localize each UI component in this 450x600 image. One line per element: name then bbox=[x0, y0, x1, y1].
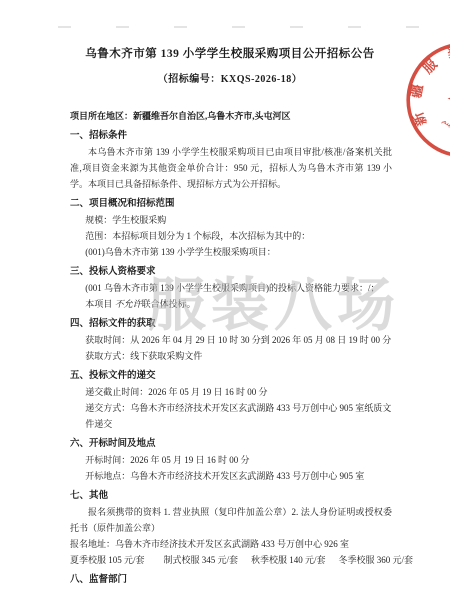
company-seal-stamp: 新疆服装有限公司 شىنجاڭ كىيىم bbox=[390, 26, 450, 173]
section-heading: 四、招标文件的获取 bbox=[70, 316, 392, 332]
section-heading: 七、其他 bbox=[70, 488, 392, 504]
document-body: 项目所在地区：新疆维吾尔自治区,乌鲁木齐市,头屯河区 一、招标条件 本乌鲁木齐市… bbox=[70, 108, 392, 588]
section-document-acquisition: 四、招标文件的获取 获取时间：从 2026 年 04 月 29 日 10 时 3… bbox=[70, 316, 392, 364]
tender-number: （招标编号：KXQS-2026-18） bbox=[70, 70, 390, 85]
section-bid-submission: 五、投标文件的递交 递交截止时间：2026 年 05 月 19 日 16 时 0… bbox=[70, 368, 392, 432]
uniform-price-list: 夏季校服 105 元/套 制式校服 345 元/套 秋季校服 140 元/套 冬… bbox=[70, 552, 392, 568]
line-text: 联合体投标。 bbox=[142, 299, 196, 309]
section-heading: 三、投标人资格要求 bbox=[70, 264, 392, 280]
section-heading: 六、开标时间及地点 bbox=[70, 436, 392, 452]
acquisition-method-line: 获取方式：线下获取采购文件 bbox=[70, 348, 392, 364]
section-other: 七、其他 报名须携带的资料 1. 营业执照（复印件加盖公章）2. 法人身份证明或… bbox=[70, 488, 392, 568]
scanned-announcement-page: 乌鲁木齐市第 139 小学学生校服采购项目公开招标公告 （招标编号：KXQS-2… bbox=[0, 0, 450, 600]
page-title: 乌鲁木齐市第 139 小学学生校服采购项目公开招标公告 bbox=[70, 46, 390, 62]
registration-address-line: 报名地址：乌鲁木齐市经济技术开发区玄武湖路 433 号万创中心 926 室 bbox=[70, 536, 392, 552]
scan-artifact-dashes bbox=[58, 26, 448, 28]
section-supervision: 八、监督部门 bbox=[70, 572, 392, 588]
scale-line: 规模：学生校服采购 bbox=[70, 212, 392, 228]
section-heading: 八、监督部门 bbox=[70, 572, 392, 588]
section-bidder-qualification: 三、投标人资格要求 (001 乌鲁木齐市第 139 小学学生校服采购项目)的投标… bbox=[70, 264, 392, 312]
seal-arc-text: 新疆服装有限公司 bbox=[390, 26, 450, 132]
opening-time-line: 开标时间：2026 年 05 月 19 日 16 时 00 分 bbox=[70, 452, 392, 468]
lot-line: (001)乌鲁木齐市第 139 小学学生校服采购项目： bbox=[70, 244, 392, 260]
title-block: 乌鲁木齐市第 139 小学学生校服采购项目公开招标公告 （招标编号：KXQS-2… bbox=[70, 46, 390, 85]
price-item-winter: 冬季校服 360 元/套 bbox=[339, 552, 414, 568]
section-project-overview: 二、项目概况和招标范围 规模：学生校服采购 范围：本招标项目划分为 1 个标段，… bbox=[70, 196, 392, 260]
seal-ring bbox=[398, 34, 450, 166]
submission-method-line: 递交方式：乌鲁木齐市经济技术开发区玄武湖路 433 号万创中心 905 室纸质文… bbox=[70, 400, 392, 432]
section-bid-opening: 六、开标时间及地点 开标时间：2026 年 05 月 19 日 16 时 00 … bbox=[70, 436, 392, 484]
section-heading: 二、项目概况和招标范围 bbox=[70, 196, 392, 212]
price-item-formal: 制式校服 345 元/套 bbox=[164, 552, 239, 568]
emphasis-text: 不允许 bbox=[115, 299, 142, 309]
seal-star-icon bbox=[445, 81, 450, 117]
price-item-autumn: 秋季校服 140 元/套 bbox=[251, 552, 326, 568]
section-heading: 五、投标文件的递交 bbox=[70, 368, 392, 384]
acquisition-time-line: 获取时间：从 2026 年 04 月 29 日 10 时 30 分到 2026 … bbox=[70, 332, 392, 348]
price-item-summer: 夏季校服 105 元/套 bbox=[70, 552, 145, 568]
line-text: 本项目 bbox=[85, 299, 114, 309]
section-heading: 一、招标条件 bbox=[70, 128, 392, 144]
opening-location-line: 开标地点：乌鲁木齐市经济技术开发区玄武湖路 433 号万创中心 905 室 bbox=[70, 468, 392, 484]
qualification-line: (001 乌鲁木齐市第 139 小学学生校服采购项目)的投标人资格能力要求：/； bbox=[70, 280, 392, 296]
section-paragraph: 本乌鲁木齐市第 139 小学学生校服采购项目已由项目审批/核准/备案机关批准,项… bbox=[70, 144, 392, 192]
required-materials-paragraph: 报名须携带的资料 1. 营业执照（复印件加盖公章）2. 法人身份证明或授权委托书… bbox=[70, 504, 392, 536]
joint-bid-line: 本项目 不允许联合体投标。 bbox=[70, 296, 392, 312]
scope-line: 范围：本招标项目划分为 1 个标段，本次招标为其中的： bbox=[70, 228, 392, 244]
section-bidding-conditions: 一、招标条件 本乌鲁木齐市第 139 小学学生校服采购项目已由项目审批/核准/备… bbox=[70, 128, 392, 192]
submission-deadline-line: 递交截止时间：2026 年 05 月 19 日 16 时 00 分 bbox=[70, 384, 392, 400]
project-region-line: 项目所在地区：新疆维吾尔自治区,乌鲁木齐市,头屯河区 bbox=[70, 108, 392, 124]
seal-inner-text: شىنجاڭ كىيىم bbox=[440, 109, 450, 137]
